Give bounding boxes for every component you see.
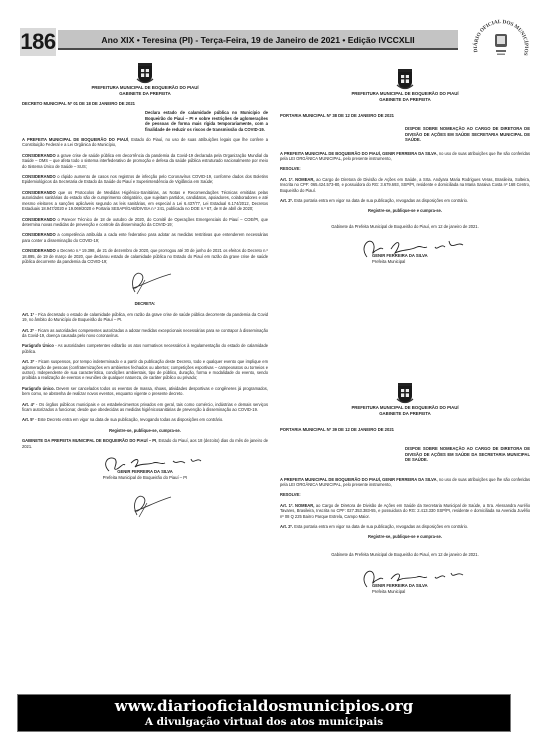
footer-url-link[interactable]: www.diariooficialdosmunicipios.org [18, 697, 510, 716]
rubric-signature-icon [115, 266, 175, 296]
portaria-title: PORTARIA MUNICIPAL Nº 39 DE 12 DE JANEIR… [280, 427, 530, 432]
portaria-article-1: Art. 1º. NOMEAR, ao Cargo de Diretora de… [280, 177, 530, 193]
portaria-summary: DISPOE SOBRE NOMEAÇÃO AO CARGO DE DIRETO… [405, 446, 530, 462]
considerando-item: CONSIDERANDO o rápido aumento de casos n… [22, 174, 268, 185]
closing-formula: Registre-se, publique-se, cumpra-se. [22, 428, 268, 433]
portaria-summary: DISPOE SOBRE NOMEAÇÃO AO CARGO DE DIRETO… [405, 126, 530, 142]
article-item: Parágrafo único. Devem ser cancelados to… [22, 386, 268, 397]
resolve-heading: RESOLVE: [280, 492, 530, 497]
signer-name: GENIR FERREIRA DA SILVA [372, 253, 530, 258]
portaria-preamble: A PREFEITA MUNICIPAL DE BOQUEIRÃO DO PIA… [280, 477, 530, 488]
considerando-item: CONSIDERANDO a grave crise de saúde públ… [22, 153, 268, 169]
articles-list: Art. 1º - Fica decretado o estado de cal… [22, 312, 268, 423]
municipal-crest-icon [395, 382, 415, 405]
municipal-crest-icon [135, 62, 155, 85]
rubric-signature-icon [115, 489, 175, 519]
municipal-crest-icon [395, 68, 415, 91]
signer-role: Prefeita Municipal [372, 259, 530, 264]
footer-tagline: A divulgação virtual dos atos municipais [18, 716, 510, 729]
resolve-heading: RESOLVE: [280, 166, 530, 171]
cabinet-name: GABINETE DA PREFEITA [280, 411, 530, 417]
considerando-item: CONSIDERANDO o Parecer Técnico de 18 de … [22, 217, 268, 228]
article-item: Art. 2º - Ficam as autoridades competent… [22, 328, 268, 339]
page-number: 186 [20, 28, 56, 56]
decree-column: PREFEITURA MUNICIPAL DE BOQUEIRÃO DO PIA… [22, 62, 268, 521]
decree-title: DECRETO MUNICIPAL Nº 01 DE 18 DE JANEIRO… [22, 101, 268, 106]
signature-block: GENIR FERREIRA DA SILVA Prefeita Municip… [22, 453, 268, 487]
cabinet-name: GABINETE DA PREFEITA [22, 91, 268, 97]
decree-summary: Declara estado de calamidade pública no … [145, 110, 268, 132]
closing-formula: Registre-se, publique-se e cumpra-se. [280, 208, 530, 213]
considerando-item: CONSIDERANDO a competência atribuída a c… [22, 232, 268, 243]
signer-name: GENIR FERREIRA DA SILVA [22, 469, 268, 474]
edition-line: Ano XIX • Teresina (PI) - Terça-Feira, 1… [58, 30, 458, 50]
page-header: 186 Ano XIX • Teresina (PI) - Terça-Feir… [0, 0, 540, 60]
article-item: Art. 5º - Este Decreto entra em vigor na… [22, 417, 268, 422]
considerando-item: CONSIDERANDO o Decreto n.º 19.398, de 21… [22, 248, 268, 264]
closing-formula: Registre-se, publique-se e cumpra-se. [280, 534, 530, 539]
portarias-column: PREFEITURA MUNICIPAL DE BOQUEIRÃO DO PIA… [280, 62, 530, 601]
signer-role: Prefeita Municipal [372, 589, 530, 594]
portaria-38: PREFEITURA MUNICIPAL DE BOQUEIRÃO DO PIA… [280, 68, 530, 368]
article-item: Art. 4º - Os órgãos públicos municipais … [22, 402, 268, 413]
portaria-article-2: Art. 2º. Esta portaria entra em vigor na… [280, 198, 530, 203]
article-item: Art. 1º - Fica decretado o estado de cal… [22, 312, 268, 323]
considerandos-list: CONSIDERANDO a grave crise de saúde públ… [22, 153, 268, 265]
signature-block: GENIR FERREIRA DA SILVA Prefeita Municip… [280, 567, 530, 601]
portaria-article-1: Art. 1º. NOMEAR, ao Cargo de Diretora de… [280, 503, 530, 519]
portaria-title: PORTARIA MUNICIPAL Nº 38 DE 12 DE JANEIR… [280, 113, 530, 118]
place-date: Gabinete da Prefeita Municipal de Boquei… [280, 224, 530, 229]
diario-oficial-seal-icon: DIÁRIO OFICIAL DOS MUNICÍPIOS [468, 14, 534, 66]
signer-role: Prefeita Municipal de Boqueirão do Piauí… [22, 475, 268, 480]
article-item: Parágrafo Único - As autoridades compete… [22, 343, 268, 354]
portaria-39: PREFEITURA MUNICIPAL DE BOQUEIRÃO DO PIA… [280, 382, 530, 601]
place-date: GABINETE DA PREFEITA MUNICIPAL DE BOQUEI… [22, 438, 268, 449]
signature-block: GENIR FERREIRA DA SILVA Prefeita Municip… [280, 237, 530, 271]
considerando-item: CONSIDERANDO que os Protocolos de Medida… [22, 190, 268, 212]
article-item: Art. 3º - Ficam suspensos, por tempo ind… [22, 359, 268, 381]
portaria-preamble: A PREFEITA MUNICIPAL DE BOQUEIRÃO DO PIA… [280, 151, 530, 162]
place-date: Gabinete da Prefeita Municipal de Boquei… [280, 552, 530, 557]
decreta-heading: DECRETA: [22, 301, 268, 306]
cabinet-name: GABINETE DA PREFEITA [280, 97, 530, 103]
signer-name: GENIR FERREIRA DA SILVA [372, 583, 530, 588]
decree-preamble: A PREFEITA MUNICIPAL DE BOQUEIRÃO DO PIA… [22, 137, 268, 148]
portaria-article-2: Art. 2º. Esta portaria entra em vigor na… [280, 524, 530, 529]
footer-banner: www.diariooficialdosmunicipios.org A div… [17, 694, 511, 732]
